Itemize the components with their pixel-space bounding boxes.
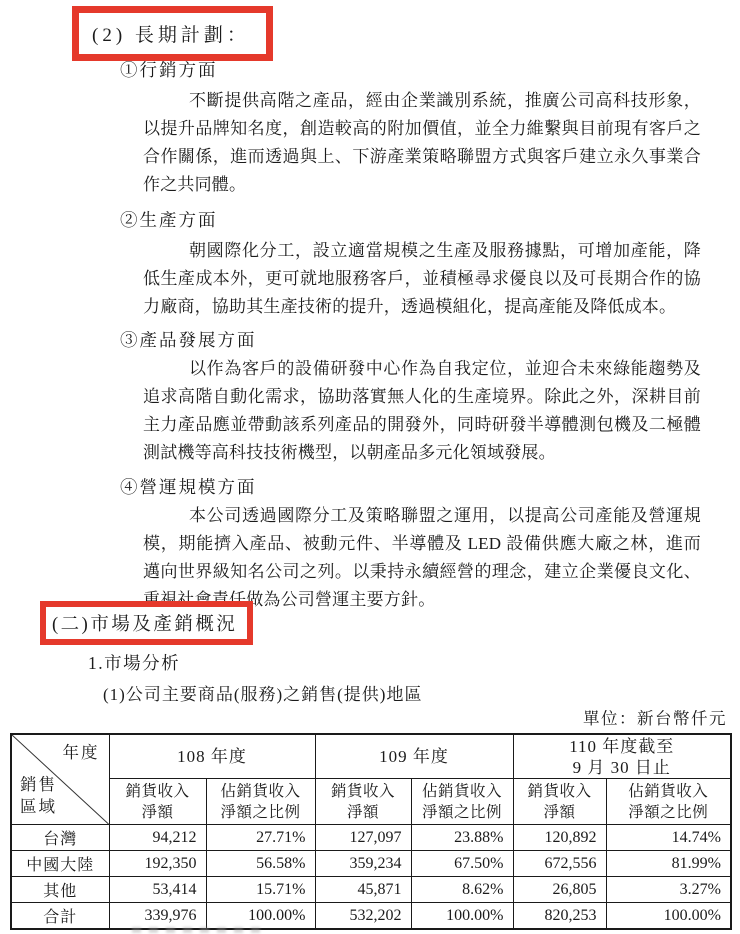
cell-value: 100.00%: [206, 903, 315, 930]
cell-value: 23.88%: [411, 825, 513, 851]
hdr-text: 淨額之比例: [607, 802, 731, 823]
table-measure-header-row: 銷貨收入 淨額 佔銷貨收入 淨額之比例 銷貨收入 淨額 佔銷貨收入 淨額之比例 …: [11, 779, 731, 825]
table-row-total: 合計 339,976 100.00% 532,202 100.00% 820,2…: [11, 903, 731, 930]
cutoff-text-remnant: [132, 927, 262, 933]
hdr-text: 銷貨收入: [110, 781, 206, 802]
paragraph-production: 朝國際化分工，設立適當規模之生產及服務據點，可增加產能，降低生產成本外，更可就地…: [143, 237, 701, 321]
hdr-text: 銷貨收入: [514, 781, 606, 802]
cell-value: 339,976: [109, 903, 206, 930]
corner-region-line2: 區域: [20, 797, 57, 816]
cell-value: 192,350: [109, 851, 206, 877]
cell-value: 532,202: [315, 903, 411, 930]
cell-value: 94,212: [109, 825, 206, 851]
paragraph-product-development: 以作為客戶的設備研發中心作為自我定位，並迎合未來綠能趨勢及追求高階自動化需求，協…: [143, 355, 701, 467]
section-heading-market-overview: (二)市場及產銷概況: [52, 615, 237, 635]
cell-value: 81.99%: [606, 851, 731, 877]
paragraph-marketing: 不斷提供高階之產品，經由企業識別系統，推廣公司高科技形象，以提升品牌知名度，創造…: [143, 87, 701, 199]
cell-value: 100.00%: [606, 903, 731, 930]
table-row-taiwan: 台灣 94,212 27.71% 127,097 23.88% 120,892 …: [11, 825, 731, 851]
hdr-text: 銷貨收入: [316, 781, 411, 802]
cell-value: 3.27%: [606, 877, 731, 903]
cell-value: 120,892: [513, 825, 606, 851]
year-col-109: 109 年度: [315, 734, 513, 779]
year-110-line1: 110 年度截至: [514, 736, 731, 757]
sales-by-region-table: 年度 銷售 區域 108 年度 109 年度 110 年度截至 9 月 30: [10, 733, 732, 930]
header-net-sales-109: 銷貨收入 淨額: [315, 779, 411, 825]
hdr-text: 淨額之比例: [412, 802, 513, 823]
unit-note: 單位：新台幣仟元: [583, 705, 727, 729]
subsection-market-analysis: 1.市場分析: [88, 650, 180, 675]
item-heading-sales-regions: (1)公司主要商品(服務)之銷售(提供)地區: [103, 680, 422, 705]
hdr-text: 淨額: [316, 802, 411, 823]
subsection-label-operation-scale: ④營運規模方面: [120, 474, 257, 499]
paragraph-operation-scale: 本公司透過國際分工及策略聯盟之運用，以提高公司產能及營運規模，期能擠入產品、被動…: [143, 502, 701, 614]
hdr-text: 淨額: [110, 802, 206, 823]
cell-value: 56.58%: [206, 851, 315, 877]
cell-value: 26,805: [513, 877, 606, 903]
hdr-text: 佔銷貨收入: [207, 781, 315, 802]
year-108-line1: 108 年度: [110, 746, 315, 767]
hdr-text: 淨額: [514, 802, 606, 823]
year-col-110: 110 年度截至 9 月 30 日止: [513, 734, 731, 779]
header-net-sales-108: 銷貨收入 淨額: [109, 779, 206, 825]
highlight-box-market-overview: (二)市場及產銷概況: [40, 601, 253, 645]
subsection-label-product-development: ③產品發展方面: [120, 327, 257, 352]
region-label: 中國大陸: [11, 851, 109, 877]
year-col-108: 108 年度: [109, 734, 315, 779]
table-year-header-row: 年度 銷售 區域 108 年度 109 年度 110 年度截至 9 月 30: [11, 734, 731, 779]
year-109-line1: 109 年度: [316, 746, 513, 767]
cell-value: 14.74%: [606, 825, 731, 851]
header-net-sales-110: 銷貨收入 淨額: [513, 779, 606, 825]
corner-region-label: 銷售 區域: [20, 774, 57, 818]
region-label: 台灣: [11, 825, 109, 851]
table-row-mainland-china: 中國大陸 192,350 56.58% 359,234 67.50% 672,5…: [11, 851, 731, 877]
hdr-text: 佔銷貨收入: [607, 781, 731, 802]
region-label: 合計: [11, 903, 109, 930]
year-110-line2: 9 月 30 日止: [514, 757, 731, 778]
cell-value: 359,234: [315, 851, 411, 877]
table-corner-cell: 年度 銷售 區域: [11, 734, 109, 825]
hdr-text: 佔銷貨收入: [412, 781, 513, 802]
header-ratio-108: 佔銷貨收入 淨額之比例: [206, 779, 315, 825]
highlight-box-long-term-plan: (2) 長期計劃：: [72, 6, 273, 61]
cell-value: 127,097: [315, 825, 411, 851]
cell-value: 820,253: [513, 903, 606, 930]
header-ratio-110: 佔銷貨收入 淨額之比例: [606, 779, 731, 825]
corner-year-label: 年度: [63, 742, 100, 763]
document-page: (2) 長期計劃： ①行銷方面 不斷提供高階之產品，經由企業識別系統，推廣公司高…: [0, 0, 740, 934]
cell-value: 8.62%: [411, 877, 513, 903]
cell-value: 27.71%: [206, 825, 315, 851]
region-label: 其他: [11, 877, 109, 903]
table-row-other: 其他 53,414 15.71% 45,871 8.62% 26,805 3.2…: [11, 877, 731, 903]
cell-value: 45,871: [315, 877, 411, 903]
cell-value: 53,414: [109, 877, 206, 903]
header-ratio-109: 佔銷貨收入 淨額之比例: [411, 779, 513, 825]
subsection-label-marketing: ①行銷方面: [120, 57, 218, 82]
section-heading-long-term-plan: (2) 長期計劃：: [92, 25, 250, 46]
subsection-label-production: ②生產方面: [120, 207, 218, 232]
cell-value: 15.71%: [206, 877, 315, 903]
corner-region-line1: 銷售: [20, 775, 57, 794]
hdr-text: 淨額之比例: [207, 802, 315, 823]
cell-value: 672,556: [513, 851, 606, 877]
cell-value: 100.00%: [411, 903, 513, 930]
cell-value: 67.50%: [411, 851, 513, 877]
